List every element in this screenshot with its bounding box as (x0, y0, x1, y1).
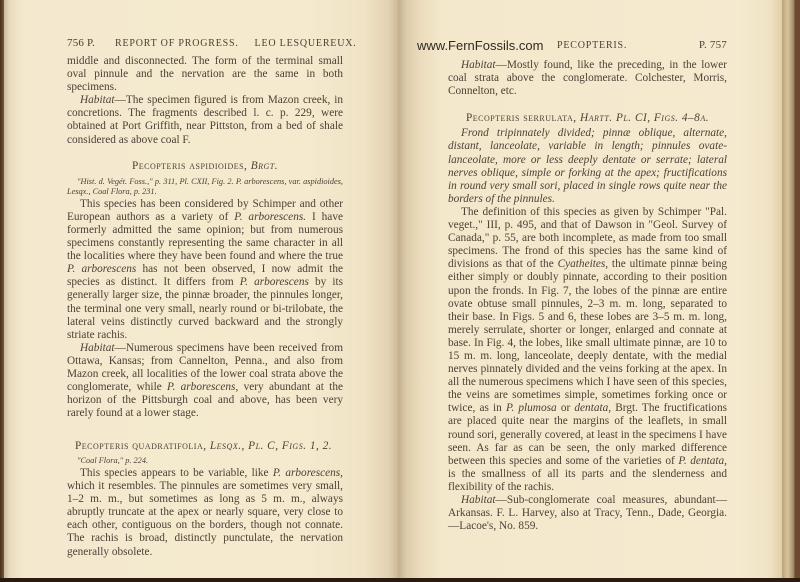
watermark-text: www.FernFossils.com (417, 38, 543, 53)
left-page: 756 P. REPORT OF PROGRESS. LEO LESQUEREU… (4, 0, 398, 580)
right-page: www.FernFossils.com PECOPTERIS. P. 757 H… (398, 0, 782, 580)
species-heading-quadratifolia: Pecopteris quadratifolia, Lesqx., Pl. C,… (67, 440, 343, 453)
left-page-number: 756 P. (67, 37, 95, 49)
habitat-paragraph-0: Habitat—Mostly found, like the preceding… (448, 59, 727, 98)
section-title: PECOPTERIS. (557, 40, 627, 51)
left-running-head: 756 P. REPORT OF PROGRESS. LEO LESQUEREU… (67, 37, 357, 49)
description-quadratifolia: This species appears to be variable, lik… (67, 467, 343, 559)
species-heading-serrulata: Pecopteris serrulata, Hartt. Pl. CI, Fig… (448, 112, 727, 125)
right-text-column: Habitat—Mostly found, like the preceding… (448, 59, 727, 533)
right-page-number: P. 757 (699, 39, 727, 51)
description-serrulata: The definition of this species as given … (448, 206, 727, 494)
habitat-paragraph-serrulata: Habitat—Sub-conglomerate coal measures, … (448, 494, 727, 533)
report-title: REPORT OF PROGRESS. (115, 38, 239, 49)
carryover-paragraph: middle and disconnected. The form of the… (67, 55, 343, 94)
citation-aspidioides: "Hist. d. Vegét. Foss.," p. 311, Pl. CXI… (67, 177, 343, 198)
diagnosis-serrulata: Frond tripinnately divided; pinnæ obliqu… (448, 127, 727, 206)
habitat-paragraph-1: Habitat—The specimen figured is from Maz… (67, 94, 343, 146)
book-spread: 756 P. REPORT OF PROGRESS. LEO LESQUEREU… (0, 0, 800, 582)
page-block-edge-right (782, 0, 796, 580)
species-heading-aspidioides: Pecopteris aspidioides, Brgt. (67, 160, 343, 173)
author-name: LEO LESQUEREUX. (255, 38, 357, 49)
description-aspidioides: This species has been considered by Schi… (67, 198, 343, 342)
left-text-column: middle and disconnected. The form of the… (67, 55, 343, 559)
citation-quadratifolia: "Coal Flora," p. 224. (67, 456, 343, 467)
right-running-head: www.FernFossils.com PECOPTERIS. P. 757 (417, 38, 727, 53)
binding-shadow-bottom (0, 578, 800, 582)
habitat-label: Habitat (80, 94, 115, 106)
habitat-paragraph-aspidioides: Habitat—Numerous specimens have been rec… (67, 342, 343, 421)
